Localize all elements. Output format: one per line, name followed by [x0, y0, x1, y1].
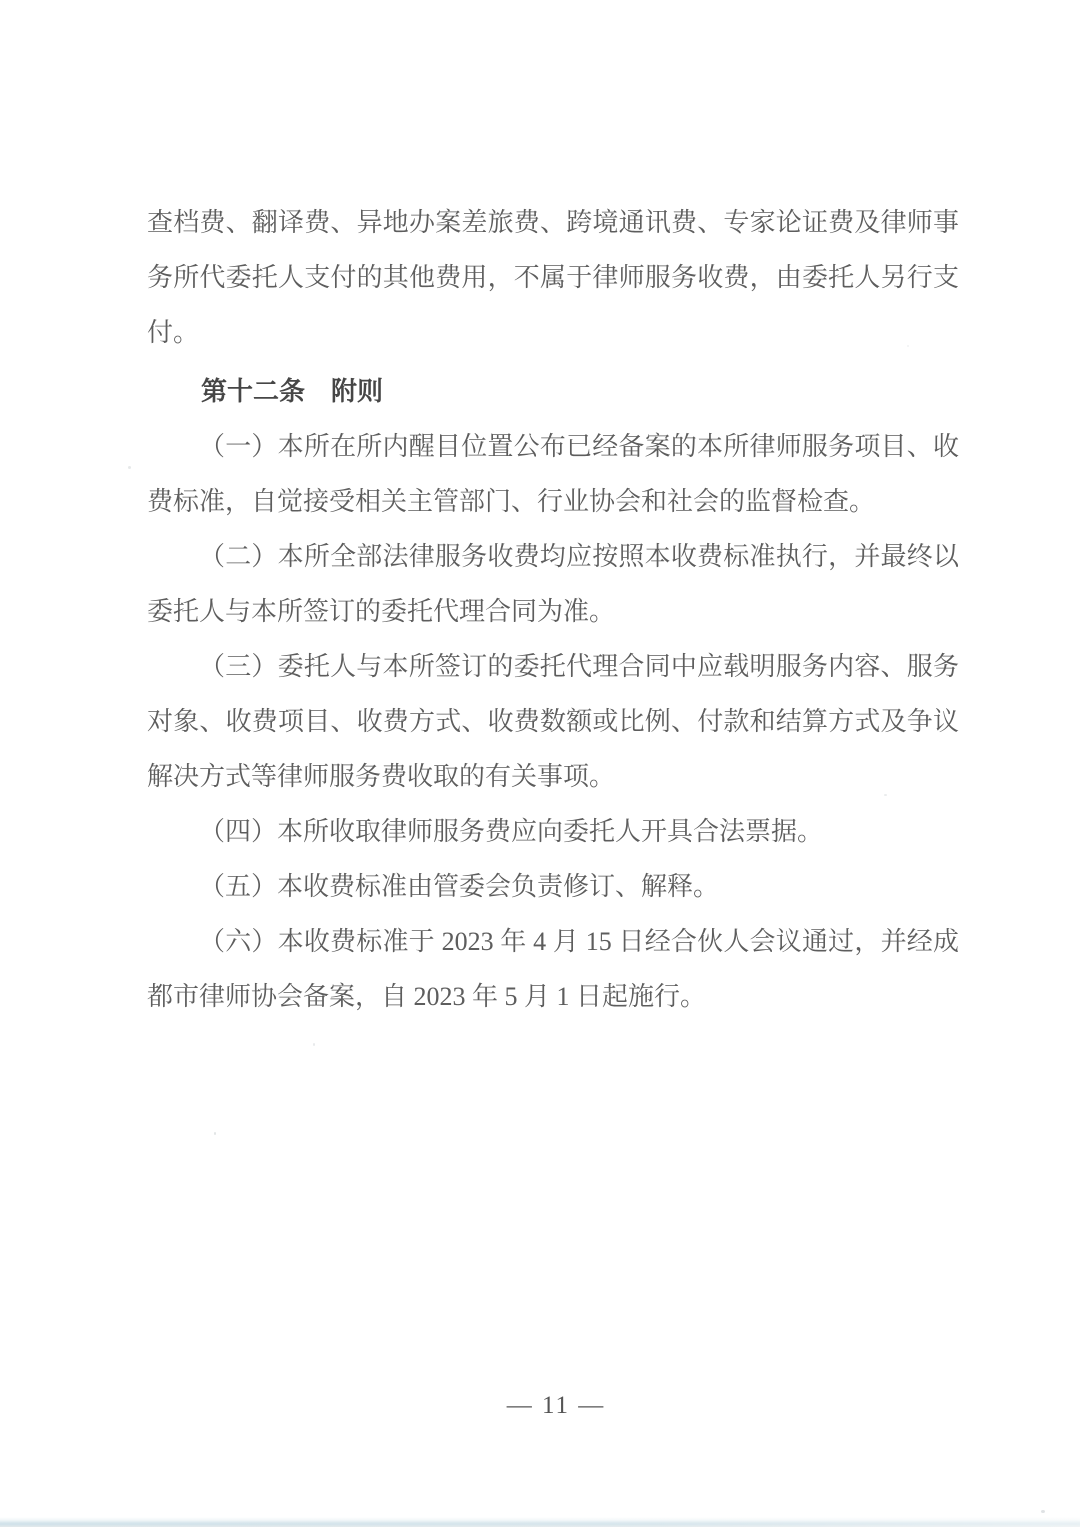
text-line: 查档费、翻译费、异地办案差旅费、跨境通讯费、专家论证费及律师事: [147, 195, 959, 250]
document-body: 查档费、翻译费、异地办案差旅费、跨境通讯费、专家论证费及律师事 务所代委托人支付…: [147, 195, 959, 1024]
scanner-edge-artifact: [0, 1517, 1080, 1527]
text-line: （六）本收费标准于 2023 年 4 月 15 日经合伙人会议通过，并经成: [147, 914, 959, 969]
clause-paragraph-1: （一）本所在所内醒目位置公布已经备案的本所律师服务项目、收 费标准，自觉接受相关…: [147, 419, 959, 529]
text-line: 解决方式等律师服务费收取的有关事项。: [147, 749, 959, 804]
text-line: （二）本所全部法律服务收费均应按照本收费标准执行，并最终以: [147, 529, 959, 584]
scan-speck: [128, 466, 131, 469]
scanned-document-page: 查档费、翻译费、异地办案差旅费、跨境通讯费、专家论证费及律师事 务所代委托人支付…: [0, 0, 1080, 1527]
text-line: 务所代委托人支付的其他费用，不属于律师服务收费，由委托人另行支: [147, 250, 959, 305]
text-line: （一）本所在所内醒目位置公布已经备案的本所律师服务项目、收: [147, 419, 959, 474]
clause-paragraph-2: （二）本所全部法律服务收费均应按照本收费标准执行，并最终以 委托人与本所签订的委…: [147, 529, 959, 639]
continuation-paragraph: 查档费、翻译费、异地办案差旅费、跨境通讯费、专家论证费及律师事 务所代委托人支付…: [147, 195, 959, 360]
scan-speck: [214, 1132, 216, 1135]
text-line: 付。: [147, 305, 959, 360]
text-line: （五）本收费标准由管委会负责修订、解释。: [147, 859, 959, 914]
scan-speck: [1041, 1510, 1045, 1513]
text-line: 委托人与本所签订的委托代理合同为准。: [147, 584, 959, 639]
scan-speck: [907, 345, 909, 347]
clause-paragraph-4: （四）本所收取律师服务费应向委托人开具合法票据。: [147, 804, 959, 859]
text-line: （三）委托人与本所签订的委托代理合同中应载明服务内容、服务: [147, 639, 959, 694]
text-line: 费标准，自觉接受相关主管部门、行业协会和社会的监督检查。: [147, 474, 959, 529]
section-heading: 第十二条 附则: [147, 364, 959, 419]
text-line: 都市律师协会备案，自 2023 年 5 月 1 日起施行。: [147, 969, 959, 1024]
clause-paragraph-5: （五）本收费标准由管委会负责修订、解释。: [147, 859, 959, 914]
scan-speck: [884, 794, 887, 796]
text-line: 对象、收费项目、收费方式、收费数额或比例、付款和结算方式及争议: [147, 694, 959, 749]
clause-paragraph-6: （六）本收费标准于 2023 年 4 月 15 日经合伙人会议通过，并经成 都市…: [147, 914, 959, 1024]
text-line: （四）本所收取律师服务费应向委托人开具合法票据。: [147, 804, 959, 859]
scan-speck: [313, 1043, 315, 1046]
page-number: — 11 —: [0, 1386, 1080, 1426]
clause-paragraph-3: （三）委托人与本所签订的委托代理合同中应载明服务内容、服务 对象、收费项目、收费…: [147, 639, 959, 804]
